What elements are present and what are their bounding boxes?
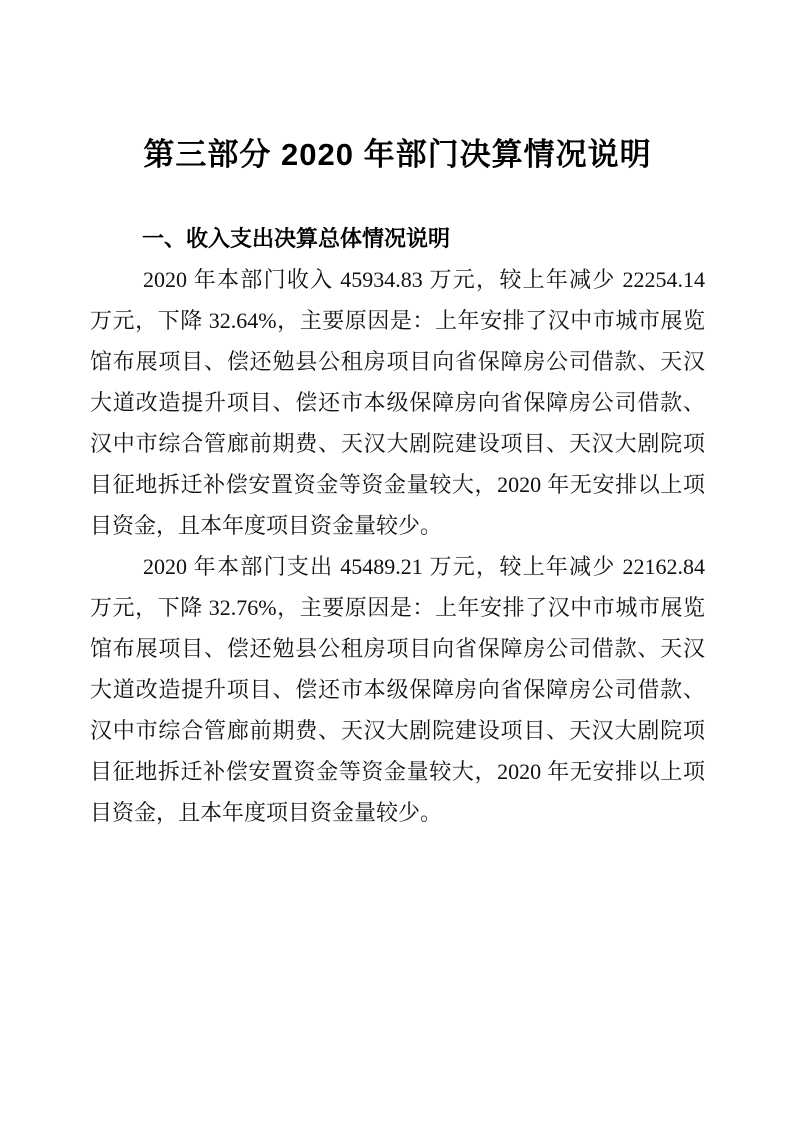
paragraph-expenditure-explanation: 2020 年本部门支出 45489.21 万元，较上年减少 22162.84 万… — [90, 546, 705, 833]
document-title: 第三部分 2020 年部门决算情况说明 — [90, 0, 705, 178]
paragraph-income-explanation: 2020 年本部门收入 45934.83 万元，较上年减少 22254.14 万… — [90, 259, 705, 546]
section-heading-income-expenditure-overview: 一、收入支出决算总体情况说明 — [90, 218, 705, 259]
document-page: 第三部分 2020 年部门决算情况说明 一、收入支出决算总体情况说明 2020 … — [0, 0, 793, 1122]
